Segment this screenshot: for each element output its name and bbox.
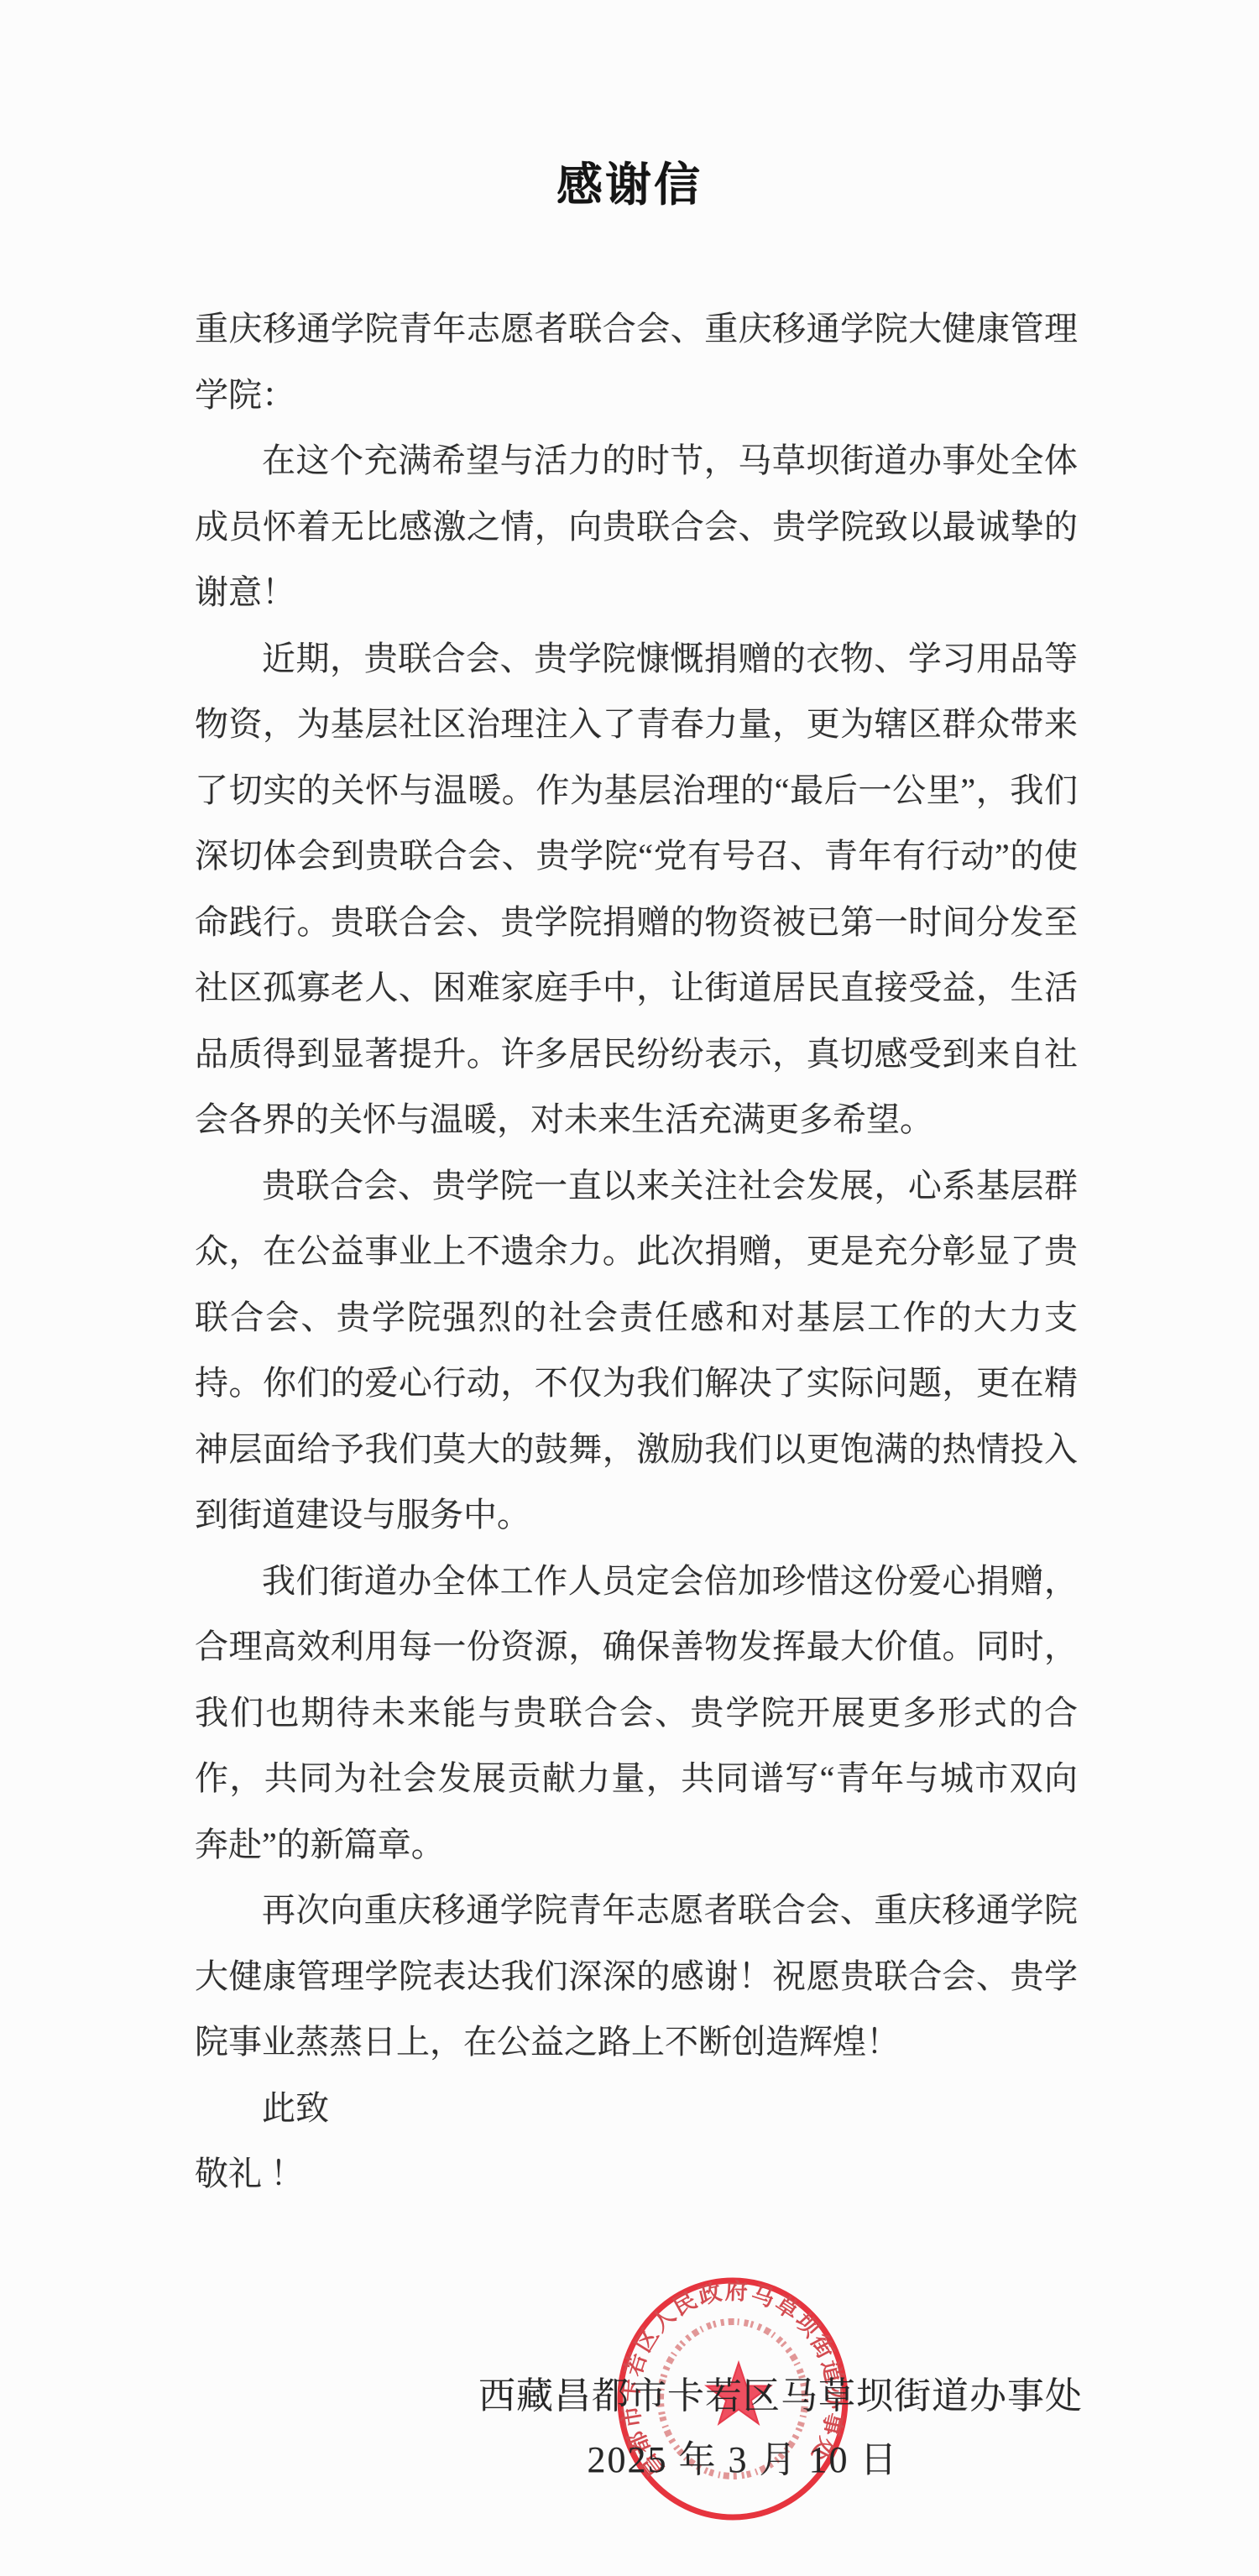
- date-line: 2025 年 3 月 10 日: [449, 2429, 1037, 2483]
- letter-page: 感谢信 重庆移通学院青年志愿者联合会、重庆移通学院大健康管理学院： 在这个充满希…: [0, 0, 1259, 2576]
- paragraph-4: 我们街道办全体工作人员定会倍加珍惜这份爱心捐赠，合理高效利用每一份资源，确保善物…: [195, 1549, 1078, 1878]
- letter-body: 重庆移通学院青年志愿者联合会、重庆移通学院大健康管理学院： 在这个充满希望与活力…: [195, 296, 1078, 2208]
- closing-cizhi: 此致: [195, 2076, 1078, 2142]
- paragraph-5: 再次向重庆移通学院青年志愿者联合会、重庆移通学院大健康管理学院表达我们深深的感谢…: [195, 1878, 1078, 2076]
- signature-line: 西藏昌都市卡若区马草坝街道办事处: [470, 2365, 1091, 2419]
- letter-title: 感谢信: [0, 148, 1259, 214]
- paragraph-2: 近期，贵联合会、贵学院慷慨捐赠的衣物、学习用品等物资，为基层社区治理注入了青春力…: [195, 626, 1078, 1153]
- paragraph-3: 贵联合会、贵学院一直以来关注社会发展，心系基层群众，在公益事业上不遗余力。此次捐…: [195, 1153, 1078, 1549]
- closing-jingli: 敬礼 ！: [195, 2141, 1078, 2208]
- salutation: 重庆移通学院青年志愿者联合会、重庆移通学院大健康管理学院：: [195, 296, 1078, 428]
- paragraph-1: 在这个充满希望与活力的时节，马草坝街道办事处全体成员怀着无比感激之情，向贵联合会…: [195, 428, 1078, 626]
